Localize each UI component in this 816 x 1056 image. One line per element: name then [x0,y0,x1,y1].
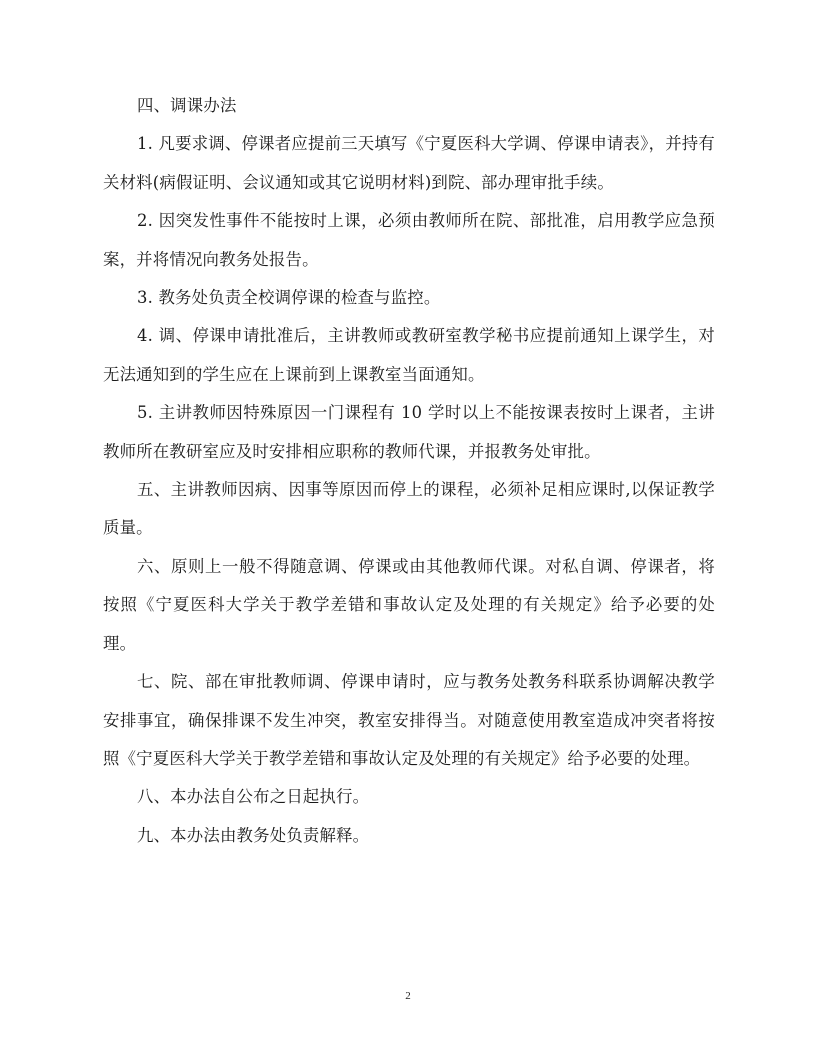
section-5-makeup-hours: 五、主讲教师因病、因事等原因而停上的课程，必须补足相应课时,以保证教学质量。 [103,471,715,548]
clause-2-emergency: 2. 因突发性事件不能按时上课，必须由教师所在院、部批准，启用教学应急预案，并将… [103,202,715,279]
section-8-effective-date: 八、本办法自公布之日起执行。 [103,778,715,816]
clause-3-supervision: 3. 教务处负责全校调停课的检查与监控。 [103,279,715,317]
section-9-interpretation: 九、本办法由教务处负责解释。 [103,817,715,855]
section-6-no-arbitrary-changes: 六、原则上一般不得随意调、停课或由其他教师代课。对私自调、停课者，将按照《宁夏医… [103,548,715,663]
clause-4-notification: 4. 调、停课申请批准后，主讲教师或教研室教学秘书应提前通知上课学生，对无法通知… [103,317,715,394]
clause-1-application: 1. 凡要求调、停课者应提前三天填写《宁夏医科大学调、停课申请表》，并持有关材料… [103,125,715,202]
section-heading-adjustment-methods: 四、调课办法 [103,87,715,125]
document-body: 四、调课办法 1. 凡要求调、停课者应提前三天填写《宁夏医科大学调、停课申请表》… [103,87,715,855]
page-number: 2 [0,990,816,1002]
section-7-coordination: 七、院、部在审批教师调、停课申请时，应与教务处教务科联系协调解决教学安排事宜，确… [103,663,715,778]
clause-5-substitute: 5. 主讲教师因特殊原因一门课程有 10 学时以上不能按课表按时上课者，主讲教师… [103,394,715,471]
